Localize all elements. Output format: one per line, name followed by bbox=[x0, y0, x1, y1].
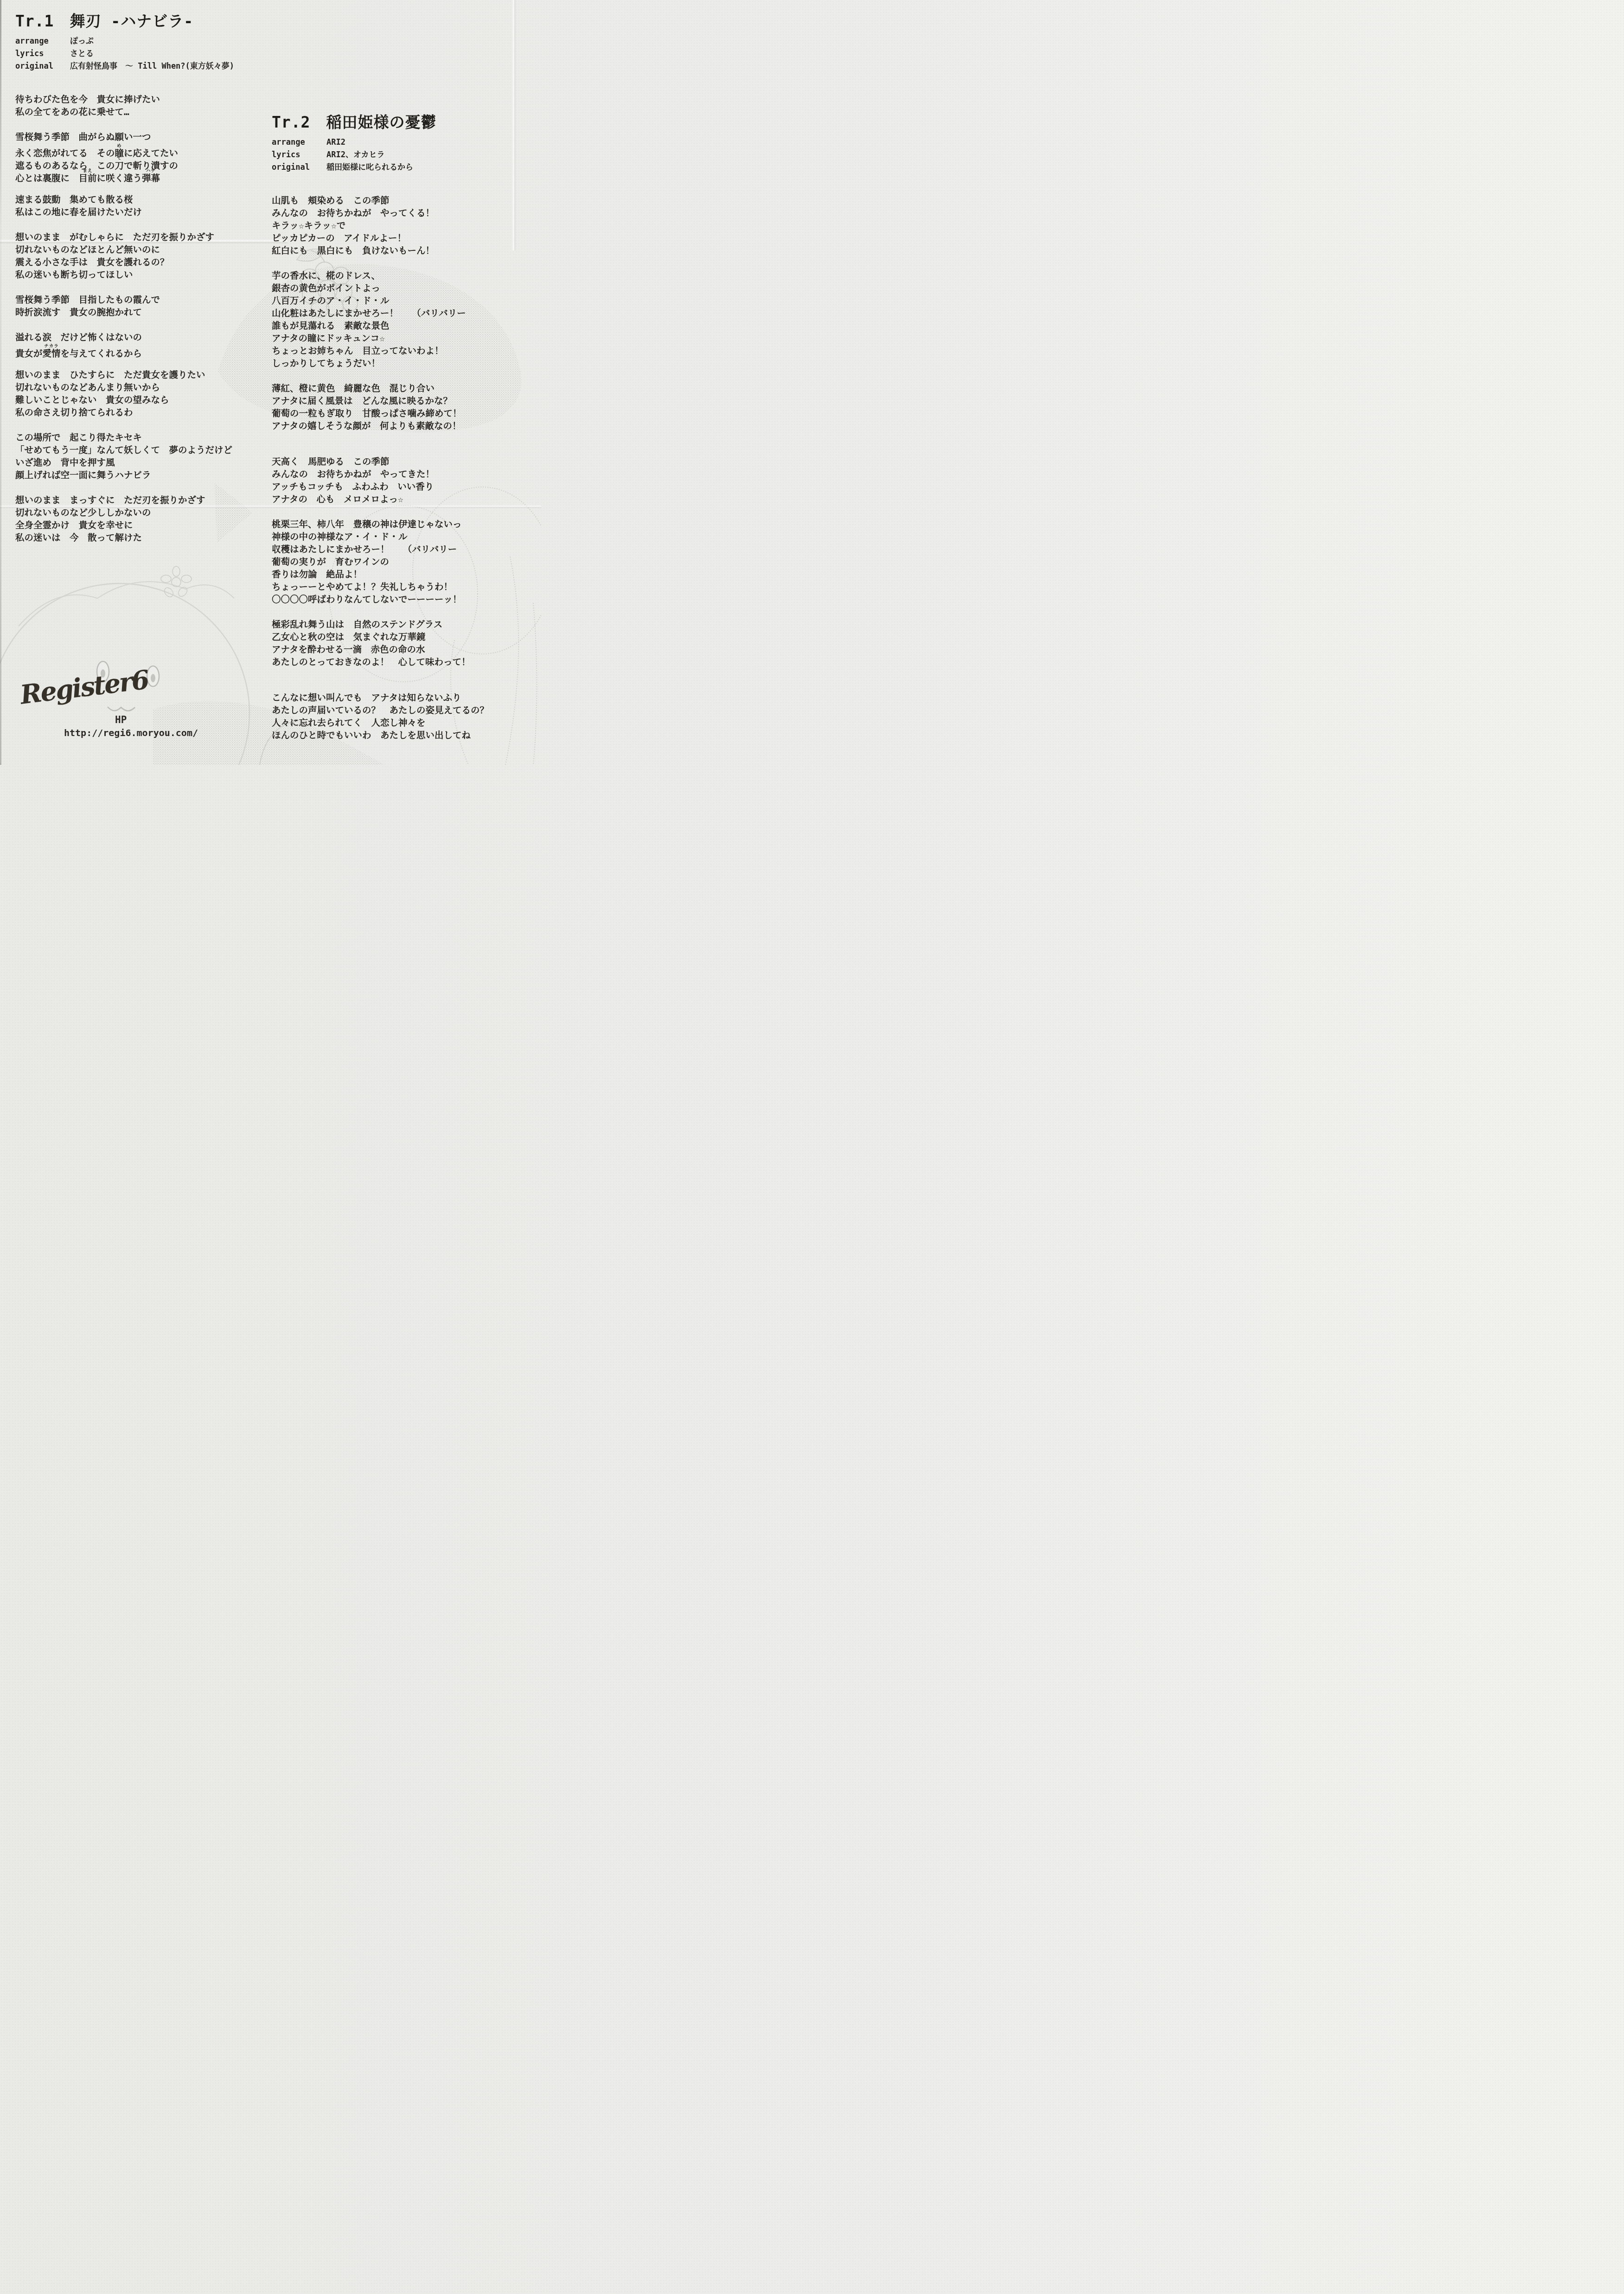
credit-label: original bbox=[15, 60, 70, 73]
lyric-line: 極彩乱れ舞う山は 自然のステンドグラス bbox=[272, 618, 538, 631]
lyric-line: ピッカピカーの アイドルよー！ bbox=[272, 232, 538, 244]
lyric-line: 桃栗三年、柿八年 豊穣の神は伊達じゃないっ bbox=[272, 518, 538, 531]
lyric-line: アッチもコッチも ふわふわ いい香り bbox=[272, 481, 538, 493]
credit-value: ARI2、オカヒラ bbox=[326, 149, 384, 161]
lyric-line: 私の迷いは 今 散って解けた bbox=[15, 532, 268, 544]
stanza: 溢れる涙 だけど怖くはないの貴女が愛情チカラを与えてくれるから bbox=[15, 331, 268, 356]
track2-credits: arrange ARI2 lyrics ARI2、オカヒラ original 稲… bbox=[272, 136, 538, 174]
track2-title: Tr.2 稲田姫様の憂鬱 bbox=[272, 112, 538, 133]
lyric-line: 想いのまま ひたすらに ただ貴女を護りたい bbox=[15, 369, 268, 381]
lyric-line: 誰もが見蕩れる 素敵な景色 bbox=[272, 320, 538, 332]
homepage-label: HP bbox=[115, 714, 127, 725]
lyric-line: 〇〇〇〇呼ばわりなんてしないでーーーーッ！ bbox=[272, 593, 538, 606]
credit-value: ぽっぷ bbox=[70, 35, 94, 48]
lyric-line: 全身全霊かけ 貴女を幸せに bbox=[15, 519, 268, 532]
lyric-line: 神様の中の神様なア・イ・ド・ル bbox=[272, 531, 538, 543]
lyric-line: 想いのまま まっすぐに ただ刃を振りかざす bbox=[15, 494, 268, 506]
lyric-line: アナタの嬉しそうな顔が 何よりも素敵なの！ bbox=[272, 420, 538, 432]
scanned-lyrics-sheet: Tr.1 舞刃 -ハナビラ- arrange ぽっぷ lyrics さとる or… bbox=[0, 0, 541, 765]
lyric-line: 紅白にも 黒白にも 負けないもーん！ bbox=[272, 244, 538, 257]
track1-title: Tr.1 舞刃 -ハナビラ- bbox=[15, 11, 268, 32]
stanza: 想いのまま ひたすらに ただ貴女を護りたい切れないものなどあんまり無いから難しい… bbox=[15, 369, 268, 419]
lyric-line: 山肌も 頬染める この季節 bbox=[272, 194, 538, 207]
lyric-line: ちょっとお姉ちゃん 目立ってないわよ！ bbox=[272, 345, 538, 357]
credit-label: arrange bbox=[272, 136, 326, 149]
credit-row-original: original 稲田姫様に叱られるから bbox=[272, 161, 538, 174]
lyric-line: ちょっーーとやめてよ！？失礼しちゃうわ！ bbox=[272, 581, 538, 593]
stanza: 天高く 馬肥ゆる この季節みんなの お待ちかねが やってきた！アッチもコッチも … bbox=[272, 455, 538, 506]
stanza: 雪桜舞う季節 目指したもの霞んで時折涙流す 貴女の腕抱かれて bbox=[15, 294, 268, 319]
credit-value: さとる bbox=[70, 48, 94, 60]
stanza: 想いのまま がむしゃらに ただ刃を振りかざす切れないものなどほとんど無いのに震え… bbox=[15, 231, 268, 281]
lyric-line: あたしの声届いているの？ あたしの姿見えてるの？ bbox=[272, 704, 538, 717]
lyric-line: みんなの お待ちかねが やってきた！ bbox=[272, 468, 538, 481]
lyric-line: 溢れる涙 だけど怖くはないの bbox=[15, 331, 268, 344]
lyric-line: 切れないものなどあんまり無いから bbox=[15, 381, 268, 394]
lyric-line: 薄紅、橙に黄色 綺麗な色 混じり合い bbox=[272, 382, 538, 395]
track1-lyrics: 待ちわびた色を今 貴女に捧げたい私の全てをあの花に乗せて…雪桜舞う季節 曲がらぬ… bbox=[15, 93, 268, 544]
lyric-line: 芋の香水に、椛のドレス、 bbox=[272, 269, 538, 282]
lyric-line: 「せめてもう一度」なんて妖しくて 夢のようだけど bbox=[15, 444, 268, 456]
track2-lyrics: 山肌も 頬染める この季節みんなの お待ちかねが やってくる！キラッ☆キラッ☆で… bbox=[272, 194, 538, 742]
stanza: こんなに想い叫んでも アナタは知らないふりあたしの声届いているの？ あたしの姿見… bbox=[272, 692, 538, 742]
lyric-line: 貴女が愛情チカラを与えてくれるから bbox=[15, 344, 268, 356]
lyric-line: アナタの 心も メロメロよっ☆ bbox=[272, 493, 538, 506]
scan-edge-shadow bbox=[0, 0, 1, 765]
credit-row-lyrics: lyrics ARI2、オカヒラ bbox=[272, 149, 538, 161]
lyric-line: 切れないものなどほとんど無いのに bbox=[15, 243, 268, 256]
lyric-line: アナタを酔わせる一滴 赤色の命の水 bbox=[272, 643, 538, 656]
lyric-line: 速まる鼓動 集めても散る桜 bbox=[15, 193, 268, 206]
stanza: 待ちわびた色を今 貴女に捧げたい私の全てをあの花に乗せて… bbox=[15, 93, 268, 118]
credit-row-arrange: arrange ぽっぷ bbox=[15, 35, 268, 48]
credit-row-arrange: arrange ARI2 bbox=[272, 136, 538, 149]
lyric-line: 私の命さえ切り捨てられるわ bbox=[15, 406, 268, 419]
credit-row-original: original 広有射怪鳥事 ～ Till When?(東方妖々夢) bbox=[15, 60, 268, 73]
lyric-line: この場所で 起こり得たキセキ bbox=[15, 431, 268, 444]
stanza: 山肌も 頬染める この季節みんなの お待ちかねが やってくる！キラッ☆キラッ☆で… bbox=[272, 194, 538, 257]
lyric-line: 想いのまま がむしゃらに ただ刃を振りかざす bbox=[15, 231, 268, 243]
lyric-line: 収穫はあたしにまかせろー！ （バリバリー bbox=[272, 543, 538, 556]
lyric-line: 八百万イチのア・イ・ド・ル bbox=[272, 295, 538, 307]
track2-section: Tr.2 稲田姫様の憂鬱 arrange ARI2 lyrics ARI2、オカ… bbox=[272, 112, 538, 754]
lyric-line: アナタの瞳にドッキュンコ☆ bbox=[272, 332, 538, 345]
stanza: 芋の香水に、椛のドレス、銀杏の黄色がポイントよっ八百万イチのア・イ・ド・ル山化粧… bbox=[272, 269, 538, 370]
lyric-line: 人々に忘れ去られてく 人恋し神々を bbox=[272, 717, 538, 729]
lyric-line: 銀杏の黄色がポイントよっ bbox=[272, 282, 538, 295]
credit-value: ARI2 bbox=[326, 136, 345, 149]
lyric-line: 天高く 馬肥ゆる この季節 bbox=[272, 455, 538, 468]
lyric-line: 難しいことじゃない 貴女の望みなら bbox=[15, 394, 268, 406]
lyric-line: 山化粧はあたしにまかせろー！ （バリバリー bbox=[272, 307, 538, 320]
stanza: 想いのまま まっすぐに ただ刃を振りかざす切れないものなど少ししかないの全身全霊… bbox=[15, 494, 268, 544]
stanza: 薄紅、橙に黄色 綺麗な色 混じり合いアナタに届く風景は どんな風に映るかな？葡萄… bbox=[272, 382, 538, 432]
lyric-line: 雪桜舞う季節 曲がらぬ願い一つ bbox=[15, 131, 268, 143]
lyric-line: 雪桜舞う季節 目指したもの霞んで bbox=[15, 294, 268, 306]
lyric-line: 顔上げれば空一面に舞うハナビラ bbox=[15, 469, 268, 481]
lyric-line: 待ちわびた色を今 貴女に捧げたい bbox=[15, 93, 268, 106]
credit-label: original bbox=[272, 161, 326, 174]
credit-value: 広有射怪鳥事 ～ Till When?(東方妖々夢) bbox=[70, 60, 234, 73]
credit-label: lyrics bbox=[272, 149, 326, 161]
lyric-line: 私の迷いも断ち切ってほしい bbox=[15, 269, 268, 281]
credit-label: lyrics bbox=[15, 48, 70, 60]
lyric-line: 葡萄の実りが 育むワインの bbox=[272, 556, 538, 568]
stanza: この場所で 起こり得たキセキ「せめてもう一度」なんて妖しくて 夢のようだけどいざ… bbox=[15, 431, 268, 481]
lyric-line: ほんのひと時でもいいわ あたしを思い出してね bbox=[272, 729, 538, 742]
lyric-line: キラッ☆キラッ☆で bbox=[272, 219, 538, 232]
lyric-line: 私の全てをあの花に乗せて… bbox=[15, 106, 268, 118]
lyric-line: みんなの お待ちかねが やってくる！ bbox=[272, 207, 538, 219]
track1-section: Tr.1 舞刃 -ハナビラ- arrange ぽっぷ lyrics さとる or… bbox=[15, 11, 268, 557]
lyric-line: こんなに想い叫んでも アナタは知らないふり bbox=[272, 692, 538, 704]
stanza: 速まる鼓動 集めても散る桜私はこの地に春を届けたいだけ bbox=[15, 193, 268, 218]
credit-label: arrange bbox=[15, 35, 70, 48]
credit-value: 稲田姫様に叱られるから bbox=[326, 161, 413, 174]
lyric-line: 時折涙流す 貴女の腕抱かれて bbox=[15, 306, 268, 319]
lyric-line: しっかりしてちょうだい！ bbox=[272, 357, 538, 370]
lyric-line: いざ進め 背中を押す風 bbox=[15, 456, 268, 469]
lyric-line: 私はこの地に春を届けたいだけ bbox=[15, 206, 268, 218]
lyric-line: 震える小さな手は 貴女を護れるの？ bbox=[15, 256, 268, 269]
lyric-line: 切れないものなど少ししかないの bbox=[15, 506, 268, 519]
lyric-line: アナタに届く風景は どんな風に映るかな？ bbox=[272, 395, 538, 407]
stanza: 桃栗三年、柿八年 豊穣の神は伊達じゃないっ神様の中の神様なア・イ・ド・ル収穫はあ… bbox=[272, 518, 538, 606]
track1-credits: arrange ぽっぷ lyrics さとる original 広有射怪鳥事 ～… bbox=[15, 35, 268, 73]
credit-row-lyrics: lyrics さとる bbox=[15, 48, 268, 60]
lyric-line: 永く恋焦がれてる その瞳めに応えてたい bbox=[15, 143, 268, 156]
lyric-line: 乙女心と秋の空は 気まぐれな万華鏡 bbox=[272, 631, 538, 643]
lyric-line: 葡萄の一粒もぎ取り 甘酸っぱさ噛み締めて！ bbox=[272, 407, 538, 420]
stanza: 極彩乱れ舞う山は 自然のステンドグラス乙女心と秋の空は 気まぐれな万華鏡アナタを… bbox=[272, 618, 538, 668]
homepage-url: http://regi6.moryou.com/ bbox=[64, 727, 198, 738]
stanza: 雪桜舞う季節 曲がらぬ願い一つ永く恋焦がれてる その瞳めに応えてたい遮るものある… bbox=[15, 131, 268, 181]
lyric-line: あたしのとっておきなのよ！ 心して味わって！ bbox=[272, 656, 538, 668]
lyric-line: 香りは勿論 絶品よ！ bbox=[272, 568, 538, 581]
